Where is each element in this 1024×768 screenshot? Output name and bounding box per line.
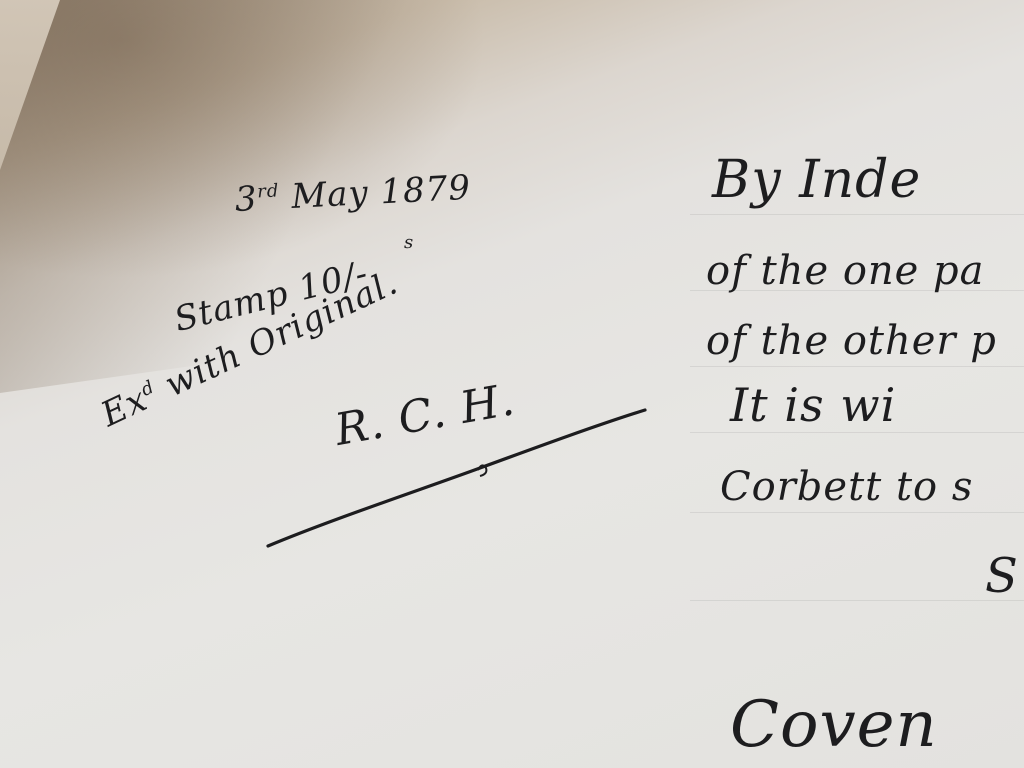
date-day: 3 bbox=[234, 179, 259, 220]
turned-page-edge bbox=[0, 0, 60, 170]
body-line-6: S bbox=[985, 548, 1019, 604]
ruled-line bbox=[690, 214, 1024, 215]
body-line-3: of the other p bbox=[706, 318, 997, 364]
body-line-text: It is wi bbox=[730, 378, 896, 432]
ruled-line bbox=[690, 600, 1024, 601]
date-month-year: May 1879 bbox=[290, 168, 471, 217]
body-line-text: of the other p bbox=[706, 318, 997, 364]
body-line-7-heading: Coven bbox=[730, 688, 938, 762]
body-line-1: By Inde bbox=[712, 150, 921, 210]
ruled-line bbox=[690, 432, 1024, 433]
body-line-text: Corbett to s bbox=[720, 464, 973, 510]
ruled-line bbox=[690, 512, 1024, 513]
body-line-text: Coven bbox=[730, 688, 938, 762]
document-page: 3rd May 1879 s Stamp 10/- Exd with Origi… bbox=[0, 0, 1024, 768]
body-line-2: of the one pa bbox=[706, 248, 985, 294]
body-line-text: By Inde bbox=[712, 150, 921, 210]
stamp-superscript: s bbox=[404, 232, 414, 253]
date-suffix: rd bbox=[257, 180, 280, 202]
body-line-5: Corbett to s bbox=[720, 464, 973, 510]
margin-date: 3rd May 1879 bbox=[234, 168, 472, 220]
stamp-sup-text: s bbox=[404, 232, 414, 253]
body-line-text: S bbox=[985, 548, 1019, 604]
body-line-text: of the one pa bbox=[706, 248, 985, 294]
initials-text: R. C. H. bbox=[331, 374, 519, 456]
body-line-4: It is wi bbox=[730, 378, 896, 432]
signature-initials: R. C. H. bbox=[331, 374, 519, 456]
ruled-line bbox=[690, 366, 1024, 367]
